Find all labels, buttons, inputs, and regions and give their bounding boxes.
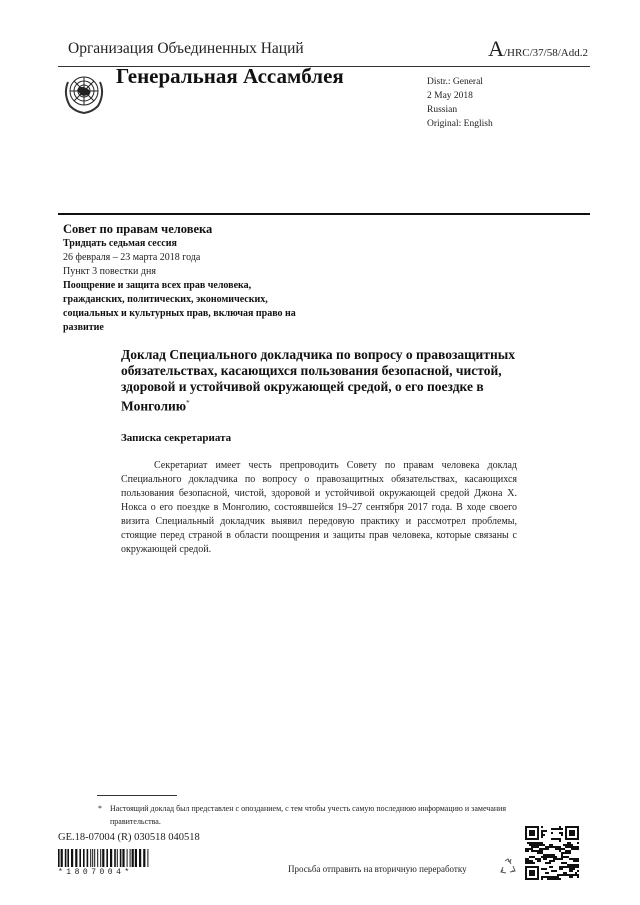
distribution-date: 2 May 2018 [427, 89, 493, 103]
document-symbol: A/HRC/37/58/Add.2 [488, 38, 588, 60]
footnote-marker: * [98, 802, 102, 815]
recycle-icon [498, 857, 518, 877]
distribution-language: Russian [427, 103, 493, 117]
barcode-icon [58, 849, 150, 867]
agenda-item: Пункт 3 повестки дня [63, 265, 313, 279]
distribution-original: Original: English [427, 117, 493, 131]
footnote-text: Настоящий доклад был представлен с опозд… [110, 804, 506, 826]
un-emblem-icon [62, 70, 106, 114]
note-heading: Записка секретариата [121, 432, 231, 444]
barcode-number: *1807004* [58, 868, 133, 877]
body-paragraph: Секретариат имеет честь препроводить Сов… [121, 459, 517, 557]
footnote-rule [97, 795, 177, 796]
session-dates: 26 февраля – 23 марта 2018 года [63, 251, 313, 265]
document-number: GE.18-07004 (R) 030518 040518 [58, 832, 200, 843]
title-footnote-marker[interactable]: * [186, 399, 190, 407]
agenda-title: Поощрение и защита всех прав человека, г… [63, 279, 313, 335]
main-rule [58, 213, 590, 215]
report-title: Доклад Специального докладчика по вопрос… [121, 347, 521, 415]
council-name: Совет по правам человека [63, 222, 313, 237]
organization-name: Организация Объединенных Наций [68, 40, 304, 58]
footnote: * Настоящий доклад был представлен с опо… [110, 802, 520, 828]
report-title-text: Доклад Специального докладчика по вопрос… [121, 347, 515, 414]
symbol-rest: /HRC/37/58/Add.2 [504, 47, 588, 59]
body-name: Генеральная Ассамблея [116, 64, 344, 89]
distribution-line: Distr.: General [427, 75, 493, 89]
session: Тридцать седьмая сессия [63, 237, 313, 251]
recycle-text: Просьба отправить на вторичную переработ… [288, 864, 467, 874]
qr-code-icon [525, 826, 579, 880]
symbol-prefix: A [488, 36, 504, 61]
distribution-info: Distr.: General 2 May 2018 Russian Origi… [427, 75, 493, 131]
council-block: Совет по правам человека Тридцать седьма… [63, 222, 313, 335]
